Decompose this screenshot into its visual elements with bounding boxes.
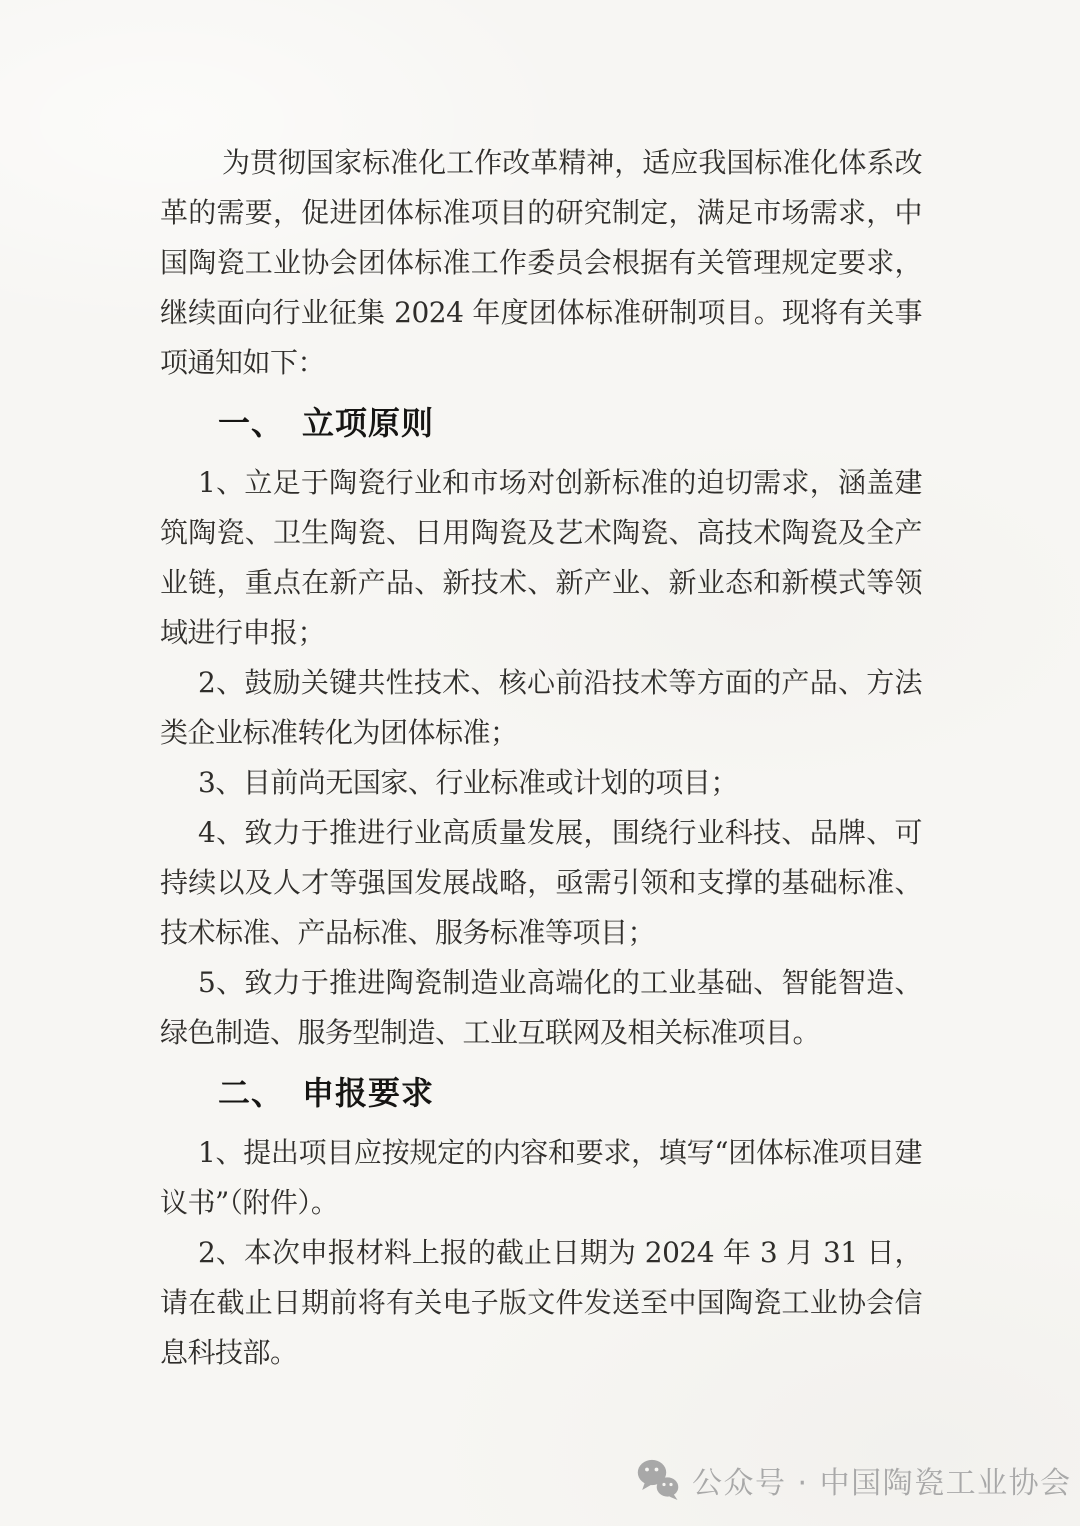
section-number: 二、 (218, 1074, 284, 1112)
section-number: 一、 (218, 404, 284, 442)
intro-paragraph: 为贯彻国家标准化工作改革精神，适应我国标准化体系改革的需要，促进团体标准项目的研… (160, 138, 922, 388)
section-title: 申报要求 (302, 1074, 434, 1112)
list-item: 1、提出项目应按规定的内容和要求，填写“团体标准项目建议书”（附件）。 (160, 1128, 922, 1228)
list-item: 4、致力于推进行业高质量发展，围绕行业科技、品牌、可持续以及人才等强国发展战略，… (160, 808, 922, 958)
list-item: 2、本次申报材料上报的截止日期为 2024 年 3 月 31 日，请在截止日期前… (160, 1228, 922, 1378)
watermark-text: 公众号 · 中国陶瓷工业协会 (692, 1458, 1072, 1502)
list-item: 5、致力于推进陶瓷制造业高端化的工业基础、智能智造、绿色制造、服务型制造、工业互… (160, 958, 922, 1058)
list-item: 2、鼓励关键共性技术、核心前沿技术等方面的产品、方法类企业标准转化为团体标准； (160, 658, 922, 758)
section-heading-application-requirements: 二、申报要求 (160, 1068, 922, 1118)
watermark: 公众号 · 中国陶瓷工业协会 (636, 1458, 1072, 1502)
scanned-notice-page: 为贯彻国家标准化工作改革精神，适应我国标准化体系改革的需要，促进团体标准项目的研… (0, 0, 1080, 1526)
document-body: 为贯彻国家标准化工作改革精神，适应我国标准化体系改革的需要，促进团体标准项目的研… (160, 138, 922, 1378)
section-heading-project-principles: 一、立项原则 (160, 398, 922, 448)
list-item: 1、立足于陶瓷行业和市场对创新标准的迫切需求，涵盖建筑陶瓷、卫生陶瓷、日用陶瓷及… (160, 458, 922, 658)
list-item: 3、目前尚无国家、行业标准或计划的项目； (160, 758, 922, 808)
wechat-icon (636, 1459, 680, 1501)
section-title: 立项原则 (302, 404, 434, 442)
